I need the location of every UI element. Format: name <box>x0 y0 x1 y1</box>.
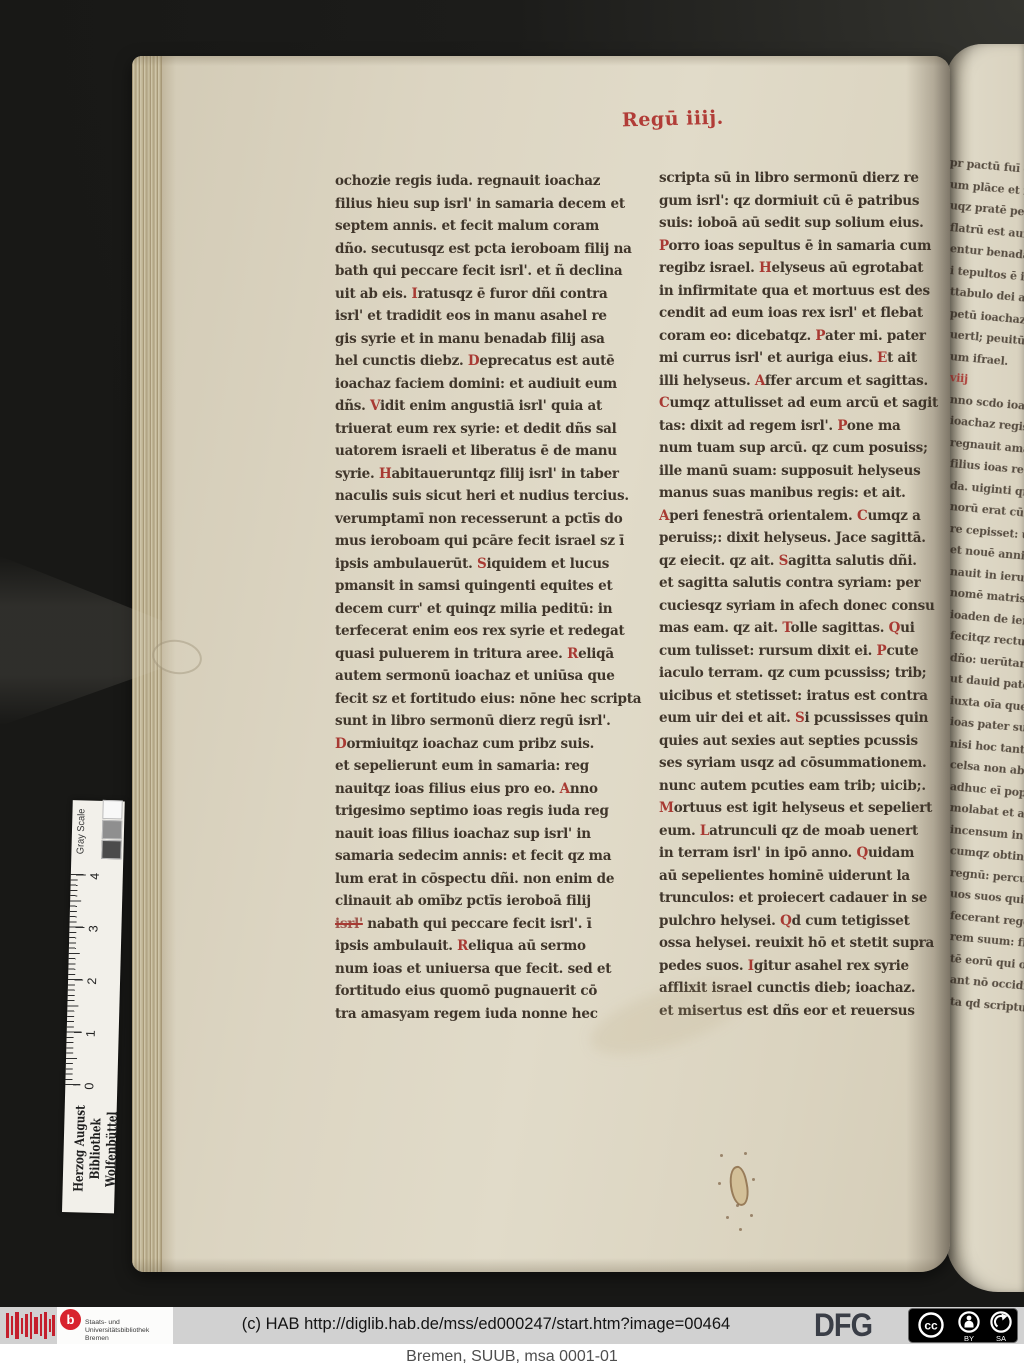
manuscript-line: ossa helysei. reuixit hō et stetit supra <box>659 932 950 955</box>
manuscript-line: mus ieroboam qui pcāre fecit israel sz ī <box>335 530 651 553</box>
manuscript-line: Dormiuitqz ioachaz cum pribz suis. <box>335 733 651 756</box>
ruler-number: 0 <box>82 1083 96 1090</box>
manuscript-line: decem curr' et quinqz milia peditū: in <box>335 598 651 621</box>
manuscript-line: verumptamī non recesserunt a pctīs do <box>335 508 651 531</box>
manuscript-line: scripta sū in libro sermonū dierz re <box>659 167 950 190</box>
suub-b-icon: b <box>60 1309 81 1330</box>
ruler-number: 3 <box>86 925 100 932</box>
manuscript-line: mi currus isrl' et auriga eius. Et ait <box>659 347 950 370</box>
manuscript-photo-stage: pr pactū fuī qdum plāce et nāquqz pratē … <box>0 0 1024 1370</box>
shelfmark-caption: Bremen, SUUB, msa 0001-01 <box>0 1344 1024 1369</box>
manuscript-line: in terram isrl' in ipō anno. Quidam <box>659 842 950 865</box>
manuscript-line: dñs. Vidit enim angustiā isrl' quia at <box>335 395 651 418</box>
manuscript-line: filius hieu sup isrl' in samaria decem e… <box>335 193 651 216</box>
manuscript-line: hel cunctis diebz. Deprecatus est autē <box>335 350 651 373</box>
manuscript-line: illi helyseus. Affer arcum et sagittas. <box>659 370 950 393</box>
manuscript-line: nauitqz ioas filius eius pro eo. Anno <box>335 778 651 801</box>
footer-bar: b Staats- undUniversitätsbibliothekBreme… <box>0 1307 1024 1344</box>
manuscript-line: uicibus et stetisset: iratus est contra <box>659 685 950 708</box>
manuscript-line: pmansit in samsi quingenti equites et <box>335 575 651 598</box>
manuscript-line: in infirmitate qua et mortuus est des <box>659 280 950 303</box>
manuscript-line: coram eo: dicebatqz. Pater mi. pater <box>659 325 950 348</box>
manuscript-line: suis: ioboā aū sedit sup solium eius. <box>659 212 950 235</box>
manuscript-line: trunculos: et proiecert cadauer in se <box>659 887 950 910</box>
manuscript-line: trigesimo septimo ioas regis iuda reg <box>335 800 651 823</box>
facing-page: pr pactū fuī qdum plāce et nāquqz pratē … <box>946 44 1024 1292</box>
manuscript-line: uit ab eis. Iratusqz ē furor dñi contra <box>335 283 651 306</box>
text-column-right: scripta sū in libro sermonū dierz regum … <box>659 167 950 1022</box>
gray-scale-patch <box>102 820 122 840</box>
manuscript-line: pulchro helysei. Qd cum tetigisset <box>659 910 950 933</box>
manuscript-line: ochozie regis iuda. regnauit ioachaz <box>335 170 651 193</box>
library-name-line: Universitätsbibliothek <box>85 1327 149 1335</box>
manuscript-line: naculis suis sicut heri et nudius terciu… <box>335 485 651 508</box>
manuscript-line: uatorem israeli et liberatus ē de manu <box>335 440 651 463</box>
gray-scale-patches <box>101 800 123 860</box>
manuscript-line: mas eam. qz ait. Tolle sagittas. Qui <box>659 617 950 640</box>
manuscript-line: ipsis ambulauerūt. Siquidem et lucus <box>335 553 651 576</box>
manuscript-line: manus suas manibus regis: et ait. <box>659 482 950 505</box>
manuscript-line: nauit ioas filius ioachaz sup isrl' in <box>335 823 651 846</box>
manuscript-line: Aperi fenestrā orientalem. Cumqz a <box>659 505 950 528</box>
manuscript-line: Mortuus est igit helyseus et sepeliert <box>659 797 950 820</box>
manuscript-line: fortitudo eius quomō pugnauerit cō <box>335 980 651 1003</box>
gray-scale-label: Gray Scale <box>75 803 87 860</box>
manuscript-line: cendit ad eum ioas rex isrl' et flebat <box>659 302 950 325</box>
svg-text:SA: SA <box>996 1334 1006 1343</box>
manuscript-line: ipsis ambulauit. Reliqua aū sermo <box>335 935 651 958</box>
manuscript-line: gum isrl': qz dormiuit cū ē patribus <box>659 190 950 213</box>
manuscript-line: quies aut sexies aut septies pcussis <box>659 730 950 753</box>
manuscript-line: isrl' et tradidit eos in manu asahel re <box>335 305 651 328</box>
library-name: Staats- undUniversitätsbibliothekBremen <box>85 1319 149 1342</box>
manuscript-line: peruiss;: dixit helyseus. Jace sagittā. <box>659 527 950 550</box>
manuscript-line: regibz israel. Helyseus aū egrotabat <box>659 257 950 280</box>
suub-bars-logo <box>6 1312 56 1339</box>
manuscript-line: qz eiecit. qz ait. Sagitta salutis dñi. <box>659 550 950 573</box>
manuscript-line: terfecerat enim eos rex syrie et redegat <box>335 620 651 643</box>
manuscript-line: num ioas et uniuersa que fecit. sed et <box>335 958 651 981</box>
manuscript-line: syrie. Habitaueruntqz filij isrl' in tab… <box>335 463 651 486</box>
manuscript-line: iaculo terram. qz cum pcussiss; trib; <box>659 662 950 685</box>
ruler-number: 4 <box>88 873 102 880</box>
svg-text:BY: BY <box>964 1334 974 1343</box>
manuscript-line: ioachaz faciem domini: et audiuit eum <box>335 373 651 396</box>
manuscript-line: Cumqz attulisset ad eum arcū et sagit <box>659 392 950 415</box>
svg-text:cc: cc <box>924 1319 938 1333</box>
manuscript-line: dño. secutusqz est pcta ieroboam filij n… <box>335 238 651 261</box>
library-name-line: Bremen <box>85 1335 149 1343</box>
library-name-line1: Herzog August Bibliothek <box>71 1097 106 1200</box>
manuscript-line: triuerat eum rex syrie: et dedit dñs sal <box>335 418 651 441</box>
manuscript-line: Porro ioas sepultus ē in samaria cum <box>659 235 950 258</box>
manuscript-line: tas: dixit ad regem isrl'. Pone ma <box>659 415 950 438</box>
manuscript-line: ses syriam usqz ad cōsummationem. <box>659 752 950 775</box>
shelfmark-strip: Bremen, SUUB, msa 0001-01 <box>0 1344 1024 1370</box>
manuscript-line: sunt in libro sermonū dierz regū isrl'. <box>335 710 651 733</box>
text-column-left: ochozie regis iuda. regnauit ioachazfili… <box>335 170 651 1025</box>
manuscript-line: ille manū suam: supposuit helyseus <box>659 460 950 483</box>
manuscript-line: septem annis. et fecit malum coram <box>335 215 651 238</box>
ruler-number: 1 <box>84 1030 98 1037</box>
manuscript-line: cuciesqz syriam in afech donec consu <box>659 595 950 618</box>
manuscript-line: autem sermonū ioachaz et uniūsa que <box>335 665 651 688</box>
library-name-label: Herzog August Bibliothek Wolfenbüttel <box>71 1097 122 1201</box>
manuscript-line: eum. Latrunculi qz de moab uenert <box>659 820 950 843</box>
manuscript-line: bath qui peccare fecit isrl'. et ñ decli… <box>335 260 651 283</box>
library-name-line2: Wolfenbüttel <box>103 1098 122 1201</box>
gray-scale-patch <box>101 840 121 860</box>
library-name-line: Staats- und <box>85 1319 149 1327</box>
manuscript-line: pedes suos. Igitur asahel rex syrie <box>659 955 950 978</box>
cc-license-badge: cc BY SA <box>908 1308 1018 1343</box>
manuscript-line: num tuam sup arcū. qz cum posuiss; <box>659 437 950 460</box>
manuscript-line: cum tulisset: rursum dixit ei. Pcute <box>659 640 950 663</box>
page-top-shadow <box>132 56 950 66</box>
manuscript-line: et sepelierunt eum in samaria: reg <box>335 755 651 778</box>
manuscript-line: eum uir dei et ait. Si pcussisses quin <box>659 707 950 730</box>
manuscript-line: isrl' nabath qui peccare fecit isrl'. ī <box>335 913 651 936</box>
gray-scale-patch <box>102 800 122 820</box>
wormhole-stain <box>718 1152 766 1252</box>
ruler-ticks-major <box>65 873 86 1085</box>
manuscript-line: fecit sz et fortitudo eius: nōne hec scr… <box>335 688 651 711</box>
manuscript-line: aū sepelientes hominē uiderunt la <box>659 865 950 888</box>
manuscript-line: et sagitta salutis contra syriam: per <box>659 572 950 595</box>
manuscript-line: nunc autem pcuties eam trib; uicib;. <box>659 775 950 798</box>
page-bottom-shadow <box>132 1258 950 1272</box>
chapter-rubric: Regū iiij. <box>622 107 724 132</box>
ruler-number: 2 <box>85 978 99 985</box>
manuscript-line: lum erat in cōspectu dñi. non enim de <box>335 868 651 891</box>
suub-logo: b Staats- undUniversitätsbibliothekBreme… <box>57 1307 173 1344</box>
wormhole-blotch <box>726 1165 752 1208</box>
manuscript-line: gis syrie et in manu benadab filij asa <box>335 328 651 351</box>
main-page: Regū iiij. ochozie regis iuda. regnauit … <box>132 56 950 1272</box>
manuscript-line: quasi puluerem in tritura aree. Reliqā <box>335 643 651 666</box>
copyright-url: (c) HAB http://diglib.hab.de/mss/ed00024… <box>180 1315 792 1334</box>
dfg-logo: DFG <box>814 1308 872 1342</box>
manuscript-line: clinauit ab omībz pctīs ieroboā filij <box>335 890 651 913</box>
manuscript-line: samaria sedecim annis: et fecit qz ma <box>335 845 651 868</box>
facing-page-text: pr pactū fuī qdum plāce et nāquqz pratē … <box>950 152 1024 1082</box>
color-calibration-ruler: Herzog August Bibliothek Wolfenbüttel 01… <box>62 800 125 1213</box>
